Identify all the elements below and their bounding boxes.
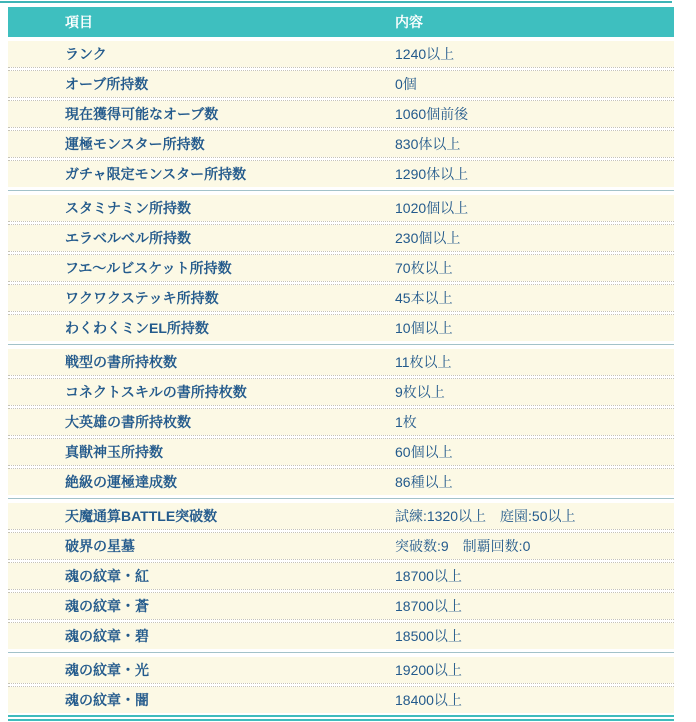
item-cell: ワクワクステッキ所持数 bbox=[8, 285, 395, 311]
table-row: 大英雄の書所持枚数 1枚 bbox=[8, 409, 674, 435]
item-cell: 魂の紋章・紅 bbox=[8, 563, 395, 589]
table-row: フエ〜ルビスケット所持数 70枚以上 bbox=[8, 255, 674, 281]
table-row: わくわくミンEL所持数 10個以上 bbox=[8, 315, 674, 341]
table-row: 魂の紋章・碧 18500以上 bbox=[8, 623, 674, 649]
table-header: 項目 内容 bbox=[8, 7, 674, 37]
table-row: ガチャ限定モンスター所持数 1290体以上 bbox=[8, 161, 674, 187]
item-cell: 真獣神玉所持数 bbox=[8, 439, 395, 465]
column-header-item: 項目 bbox=[8, 7, 395, 37]
value-cell: 18700以上 bbox=[395, 593, 674, 619]
table-row: オーブ所持数 0個 bbox=[8, 71, 674, 97]
item-cell: スタミナミン所持数 bbox=[8, 195, 395, 221]
value-cell: 10個以上 bbox=[395, 315, 674, 341]
value-cell: 1020個以上 bbox=[395, 195, 674, 221]
bottom-divider bbox=[8, 715, 674, 721]
stats-table: 項目 内容 ランク 1240以上 オーブ所持数 0個 現在獲得可能なオーブ数 1… bbox=[8, 7, 674, 721]
value-cell: 18500以上 bbox=[395, 623, 674, 649]
value-cell: 830体以上 bbox=[395, 131, 674, 157]
item-cell: 破界の星墓 bbox=[8, 533, 395, 559]
item-cell: ガチャ限定モンスター所持数 bbox=[8, 161, 395, 187]
group-separator bbox=[8, 649, 674, 657]
table-row: ランク 1240以上 bbox=[8, 41, 674, 67]
table-row: 魂の紋章・闇 18400以上 bbox=[8, 687, 674, 713]
table-row: 天魔通算BATTLE突破数 試練:1320以上 庭園:50以上 bbox=[8, 503, 674, 529]
item-cell: オーブ所持数 bbox=[8, 71, 395, 97]
value-cell: 1240以上 bbox=[395, 41, 674, 67]
group-separator bbox=[8, 495, 674, 503]
item-cell: フエ〜ルビスケット所持数 bbox=[8, 255, 395, 281]
item-cell: コネクトスキルの書所持枚数 bbox=[8, 379, 395, 405]
value-cell: 19200以上 bbox=[395, 657, 674, 683]
item-cell: 魂の紋章・碧 bbox=[8, 623, 395, 649]
value-cell: 70枚以上 bbox=[395, 255, 674, 281]
table-row: エラベルベル所持数 230個以上 bbox=[8, 225, 674, 251]
table-row: 真獣神玉所持数 60個以上 bbox=[8, 439, 674, 465]
table-row: 現在獲得可能なオーブ数 1060個前後 bbox=[8, 101, 674, 127]
item-cell: 現在獲得可能なオーブ数 bbox=[8, 101, 395, 127]
group-separator bbox=[8, 341, 674, 349]
column-header-content: 内容 bbox=[395, 7, 674, 37]
value-cell: 45本以上 bbox=[395, 285, 674, 311]
table-row: 魂の紋章・光 19200以上 bbox=[8, 657, 674, 683]
value-cell: 試練:1320以上 庭園:50以上 bbox=[395, 503, 674, 529]
item-cell: 絶級の運極達成数 bbox=[8, 469, 395, 495]
item-cell: 天魔通算BATTLE突破数 bbox=[8, 503, 395, 529]
item-cell: ランク bbox=[8, 41, 395, 67]
item-cell: 魂の紋章・蒼 bbox=[8, 593, 395, 619]
table-row: 絶級の運極達成数 86種以上 bbox=[8, 469, 674, 495]
value-cell: 60個以上 bbox=[395, 439, 674, 465]
item-cell: 運極モンスター所持数 bbox=[8, 131, 395, 157]
table-row: スタミナミン所持数 1020個以上 bbox=[8, 195, 674, 221]
table-row: 魂の紋章・紅 18700以上 bbox=[8, 563, 674, 589]
item-cell: 大英雄の書所持枚数 bbox=[8, 409, 395, 435]
value-cell: 1枚 bbox=[395, 409, 674, 435]
group-separator bbox=[8, 187, 674, 195]
table-row: 戦型の書所持枚数 11枚以上 bbox=[8, 349, 674, 375]
table-row: 破界の星墓 突破数:9 制覇回数:0 bbox=[8, 533, 674, 559]
item-cell: エラベルベル所持数 bbox=[8, 225, 395, 251]
value-cell: 9枚以上 bbox=[395, 379, 674, 405]
value-cell: 1290体以上 bbox=[395, 161, 674, 187]
table-row: 魂の紋章・蒼 18700以上 bbox=[8, 593, 674, 619]
item-cell: 魂の紋章・光 bbox=[8, 657, 395, 683]
table-row: ワクワクステッキ所持数 45本以上 bbox=[8, 285, 674, 311]
value-cell: 11枚以上 bbox=[395, 349, 674, 375]
value-cell: 0個 bbox=[395, 71, 674, 97]
table-row: コネクトスキルの書所持枚数 9枚以上 bbox=[8, 379, 674, 405]
value-cell: 突破数:9 制覇回数:0 bbox=[395, 533, 674, 559]
item-cell: 戦型の書所持枚数 bbox=[8, 349, 395, 375]
table-row: 運極モンスター所持数 830体以上 bbox=[8, 131, 674, 157]
value-cell: 230個以上 bbox=[395, 225, 674, 251]
table-body: ランク 1240以上 オーブ所持数 0個 現在獲得可能なオーブ数 1060個前後… bbox=[8, 41, 674, 713]
value-cell: 18400以上 bbox=[395, 687, 674, 713]
item-cell: 魂の紋章・闇 bbox=[8, 687, 395, 713]
top-divider bbox=[0, 1, 672, 3]
value-cell: 86種以上 bbox=[395, 469, 674, 495]
value-cell: 18700以上 bbox=[395, 563, 674, 589]
item-cell: わくわくミンEL所持数 bbox=[8, 315, 395, 341]
value-cell: 1060個前後 bbox=[395, 101, 674, 127]
